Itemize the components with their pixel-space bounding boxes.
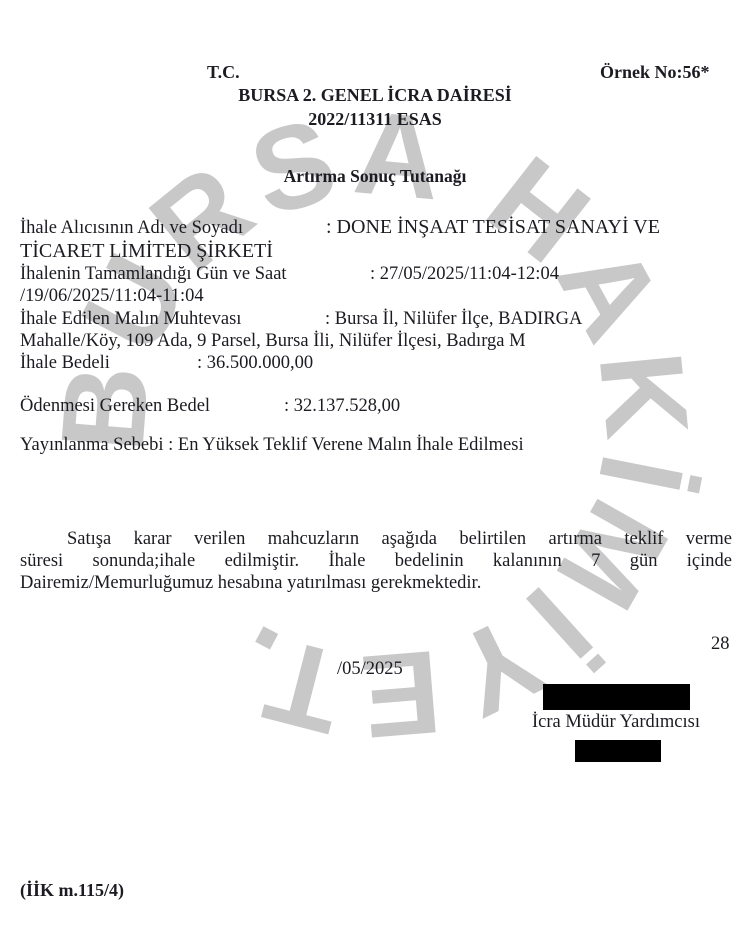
property-value: : Bursa İl, Nilüfer İlçe, BADIRGA	[325, 309, 582, 330]
body-line-2: süresi sonunda;ihale edilmiştir. İhale b…	[20, 551, 732, 572]
sample-number: Örnek No:56*	[600, 62, 710, 83]
publication-value: : En Yüksek Teklif Verene Malın İhale Ed…	[168, 435, 523, 455]
buyer-value: : DONE İNŞAAT TESİSAT SANAYİ VE	[326, 216, 660, 239]
completion-value: : 27/05/2025/11:04-12:04	[370, 264, 559, 285]
body-line-1: Satışa karar verilen mahcuzların aşağıda…	[67, 529, 732, 550]
date-day: 28	[711, 634, 730, 655]
payable-label: Ödenmesi Gereken Bedel	[20, 396, 210, 417]
completion-label: İhalenin Tamamlandığı Gün ve Saat	[20, 264, 287, 285]
price-value: : 36.500.000,00	[197, 353, 313, 374]
office-name: BURSA 2. GENEL İCRA DAİRESİ	[0, 85, 750, 106]
signatory-title: İcra Müdür Yardımcısı	[505, 712, 727, 733]
redacted-id	[575, 740, 661, 762]
watermark-stamp: BURSA HAKİMİYET.	[0, 0, 750, 927]
buyer-value-continued: TİCARET LİMİTED ŞİRKETİ	[20, 240, 273, 263]
completion-value-continued: /19/06/2025/11:04-11:04	[20, 286, 204, 307]
buyer-label: İhale Alıcısının Adı ve Soyadı	[20, 218, 243, 239]
date-month-year: /05/2025	[337, 659, 403, 680]
legal-reference: (İİK m.115/4)	[20, 880, 124, 901]
redacted-name	[543, 684, 690, 710]
property-value-continued: Mahalle/Köy, 109 Ada, 9 Parsel, Bursa İl…	[20, 331, 526, 352]
publication-reason: Yayınlanma Sebebi : En Yüksek Teklif Ver…	[20, 435, 524, 456]
document-title: Artırma Sonuç Tutanağı	[0, 166, 750, 187]
payable-value: : 32.137.528,00	[284, 396, 400, 417]
publication-label: Yayınlanma Sebebi	[20, 435, 164, 455]
price-label: İhale Bedeli	[20, 353, 110, 374]
body-line-3: Dairemiz/Memurluğumuz hesabına yatırılma…	[20, 573, 481, 594]
case-number: 2022/11311 ESAS	[0, 109, 750, 130]
property-label: İhale Edilen Malın Muhtevası	[20, 309, 241, 330]
tc-label: T.C.	[207, 62, 240, 83]
